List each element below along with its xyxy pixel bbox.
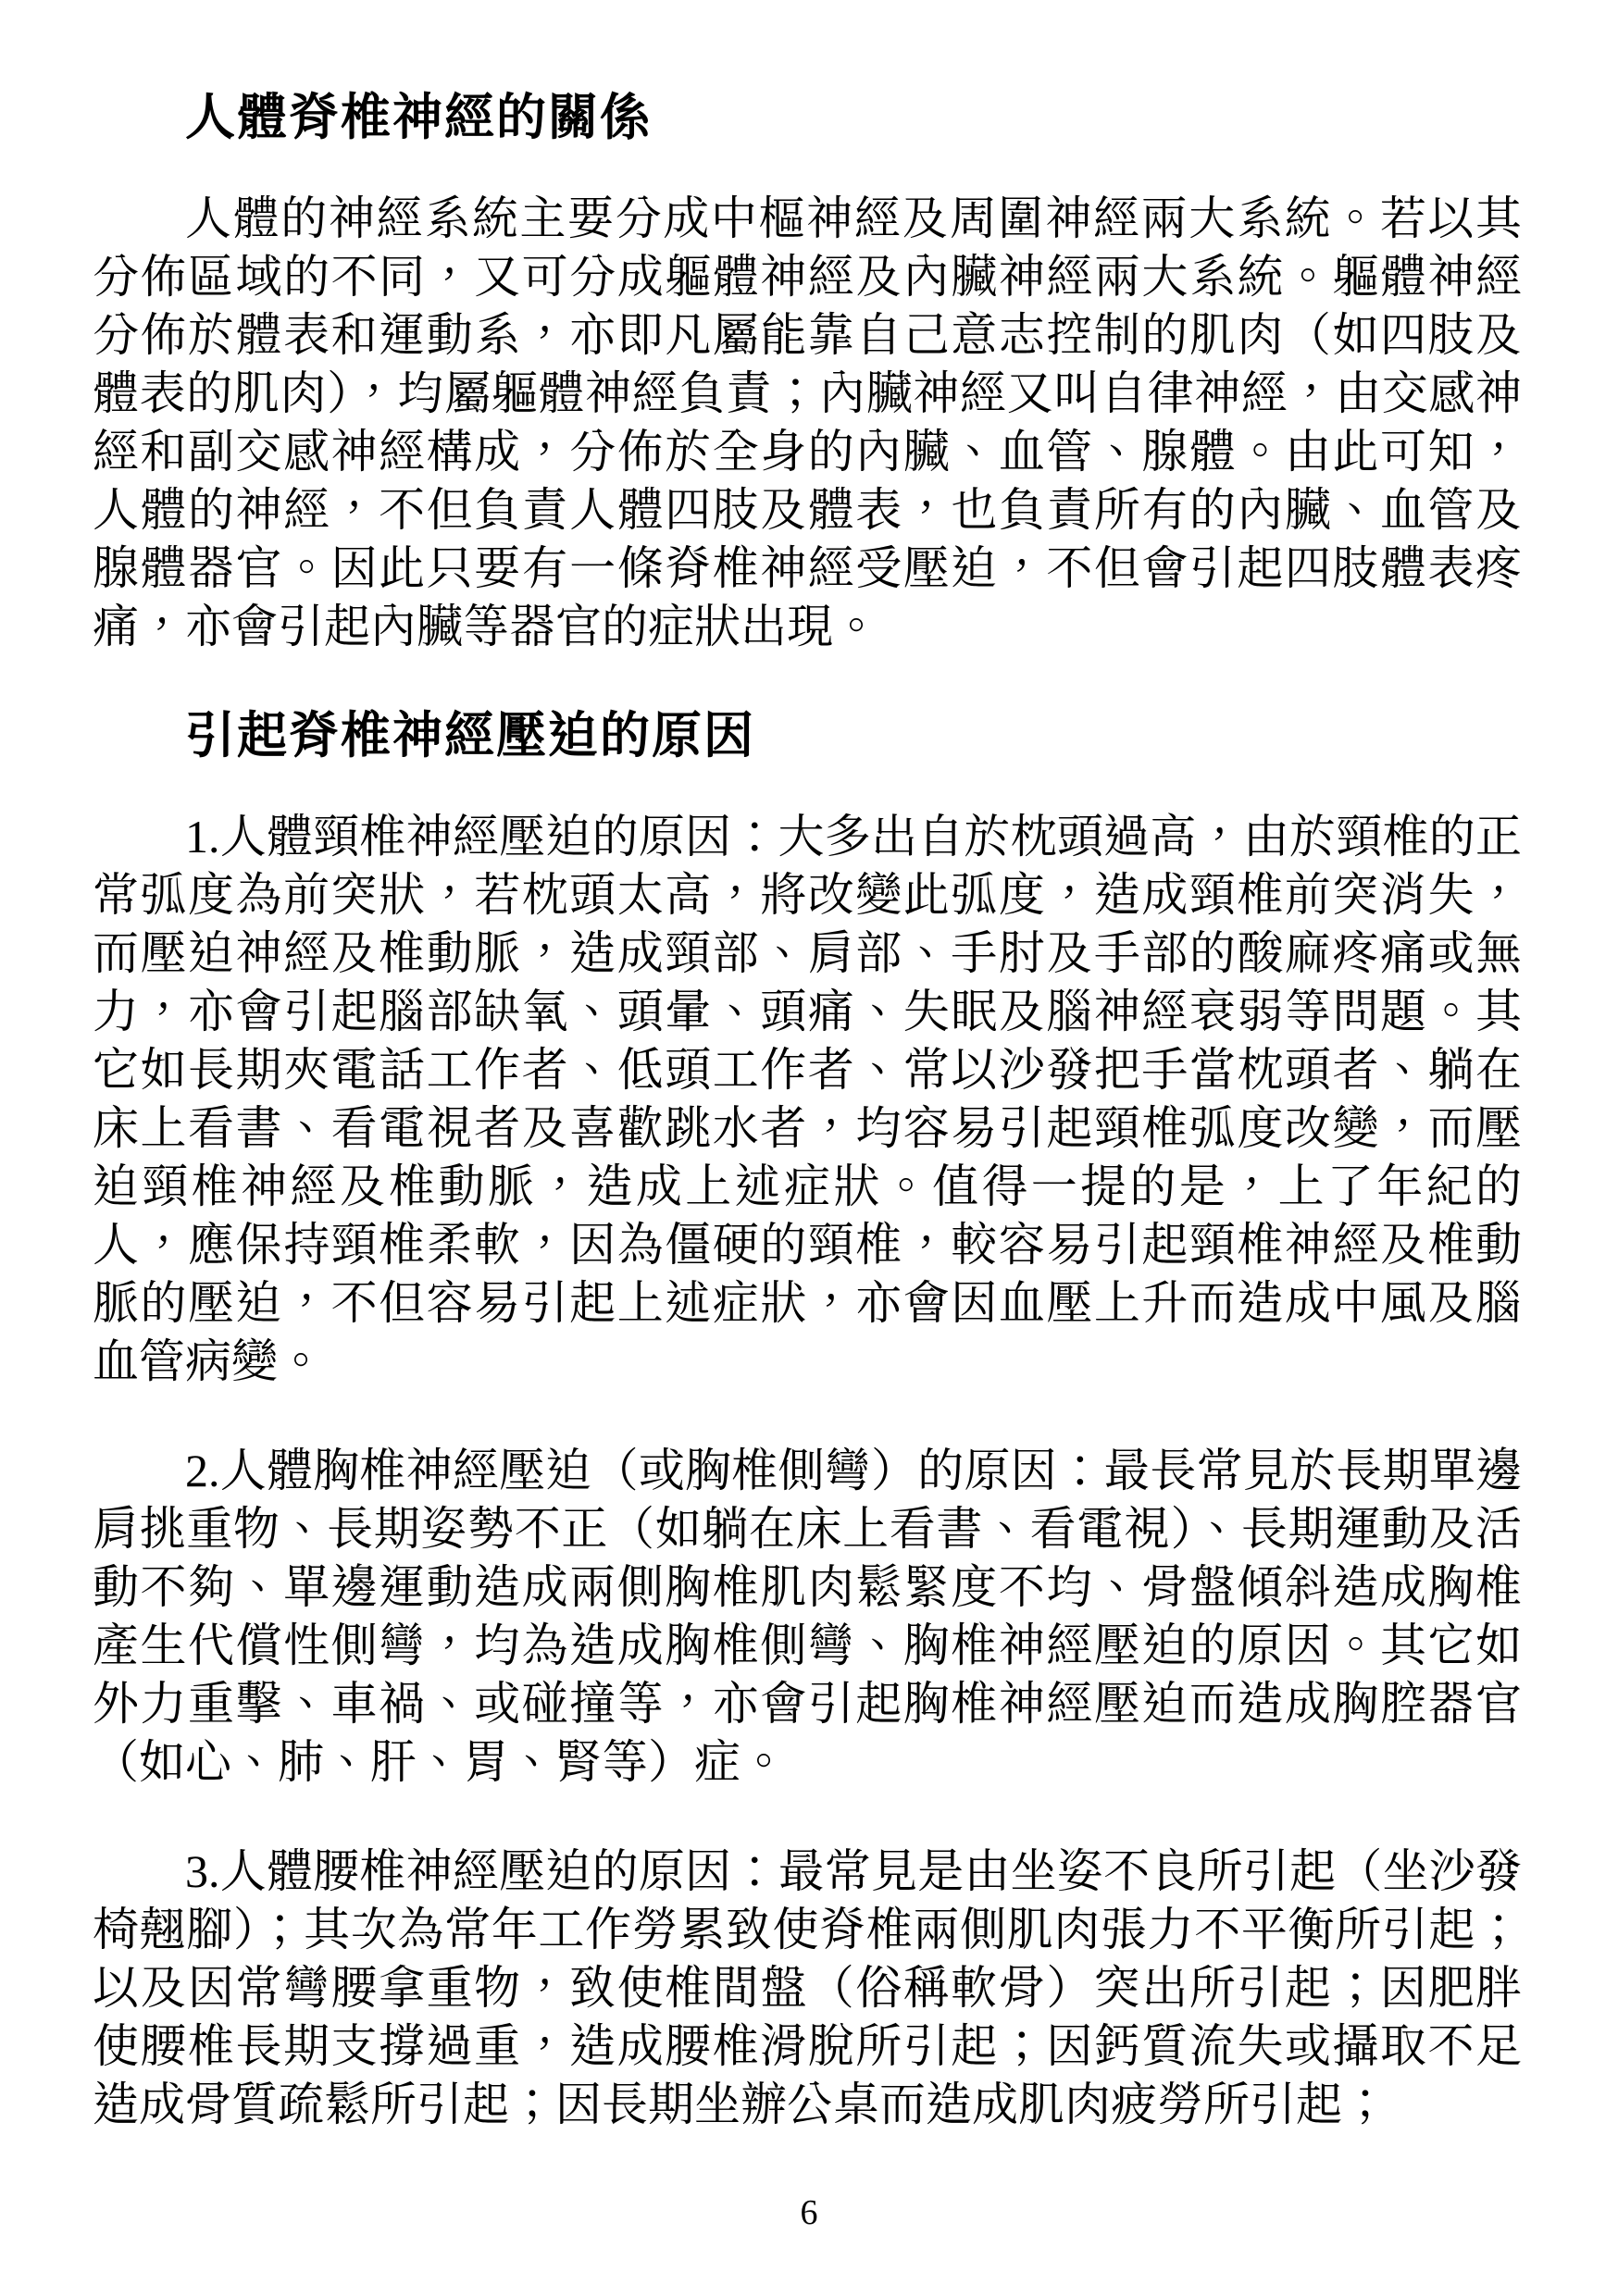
paragraph-nervous-system-overview: 人體的神經系統主要分成中樞神經及周圍神經兩大系統。若以其分佈區域的不同，又可分成… bbox=[93, 190, 1522, 656]
paragraph-cervical-compression-causes: 1.人體頸椎神經壓迫的原因：大多出自於枕頭過高，由於頸椎的正常弧度為前突狀，若枕… bbox=[93, 808, 1522, 1391]
document-page: 人體脊椎神經的關係 人體的神經系統主要分成中樞神經及周圍神經兩大系統。若以其分佈… bbox=[0, 0, 1618, 2296]
section-heading-spinal-nerve-relation: 人體脊椎神經的關係 bbox=[185, 89, 1522, 147]
paragraph-thoracic-compression-causes: 2.人體胸椎神經壓迫（或胸椎側彎）的原因：最長常見於長期單邊肩挑重物、長期姿勢不… bbox=[93, 1442, 1522, 1792]
section-heading-causes-of-compression: 引起脊椎神經壓迫的原因 bbox=[185, 707, 1522, 765]
paragraph-lumbar-compression-causes: 3.人體腰椎神經壓迫的原因：最常見是由坐姿不良所引起（坐沙發椅翹腳）；其次為常年… bbox=[93, 1843, 1522, 2134]
page-number: 6 bbox=[0, 2194, 1618, 2231]
